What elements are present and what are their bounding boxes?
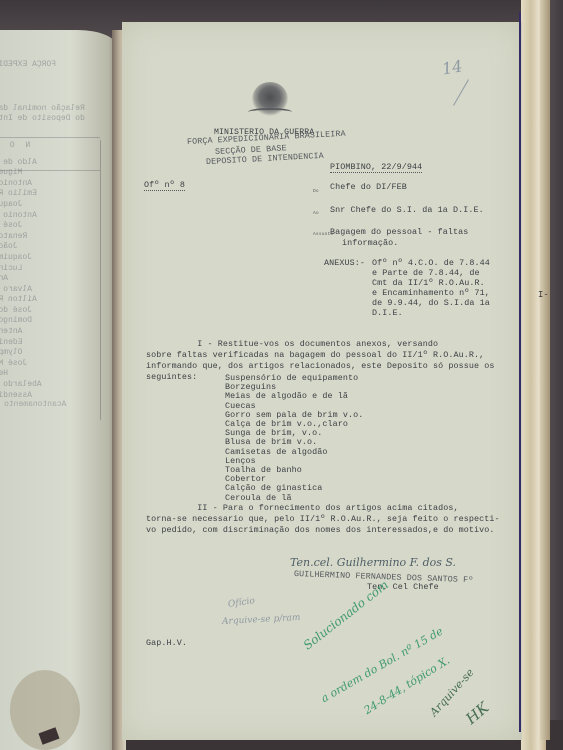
facing-name-entry: José dos Santos — [0, 306, 110, 317]
facing-name-entry: Aldo de Oliveira — [0, 158, 110, 169]
from-value: Chefe do DI/FEB — [330, 182, 407, 192]
annex-line: Cmt da II/1º R.O.Au.R. — [372, 278, 485, 288]
facing-name-entry: Ailton Rodrigues — [0, 295, 110, 306]
facing-name-entry: Joaquim Gomes — [0, 200, 110, 211]
facing-page-mirrored-text: FORÇA EXPEDICIONARIA C. I. CIA. DO Relaç… — [0, 60, 110, 401]
facing-subtitle-1: Relação nominal das praças — [0, 104, 110, 115]
annex-label: ANEXUS:- — [324, 258, 365, 268]
facing-name-entry: Olympio Nunes — [0, 348, 110, 359]
paragraph-line: I - Restitue-vos os documentos anexos, v… — [146, 339, 438, 349]
to-value: Snr Chefe do S.I. da 1a D.I.E. — [330, 205, 484, 215]
paragraph-line: informando que, dos artigos relacionados… — [146, 361, 495, 371]
facing-name-entry: Renato Barbosa — [0, 232, 110, 243]
binding-mark: I- — [538, 290, 549, 300]
facing-name-entry: Antonio Sá — [0, 274, 110, 285]
facing-name-entry: José Magalhães — [0, 359, 110, 370]
facing-name-entry: João Almeida — [0, 242, 110, 253]
facing-page: FORÇA EXPEDICIONARIA C. I. CIA. DO Relaç… — [0, 30, 118, 750]
handwritten-signature: Ten.cel. Guilhermino F. dos S. — [290, 556, 456, 569]
subject-line-1: Bagagem do pessoal - faltas — [330, 227, 468, 237]
paragraph-line: seguintes: — [146, 372, 197, 382]
from-label: Do — [313, 189, 319, 194]
divider — [0, 170, 100, 171]
paragraph-line: II - Para o fornecimento dos artigos aci… — [146, 503, 459, 513]
column-rule — [100, 140, 101, 420]
facing-name-entry: Alvaro da Silva — [0, 285, 110, 296]
paragraph-line: sobre faltas verificadas na bagagem do p… — [146, 350, 484, 360]
paragraph-line: vo pedido, com discriminação dos nomes d… — [146, 525, 495, 535]
facing-name-entry: Abelardo Ferreira — [0, 380, 110, 391]
facing-column-title: N O M E S — [0, 141, 110, 152]
divider — [0, 137, 100, 138]
document-reference: Ofº nº 8 — [144, 180, 185, 191]
facing-name-entry: Lucindo Gomes — [0, 264, 110, 275]
facing-name-entry: José da Silva — [0, 221, 110, 232]
subject-line-2: informação. — [342, 238, 398, 248]
facing-name-entry: Helio José — [0, 369, 110, 380]
emblem-ribbon — [248, 108, 292, 116]
facing-name-entry: Domingos Farias — [0, 316, 110, 327]
typist-initials: Gap.H.V. — [146, 638, 187, 648]
facing-name-list: Aldo de OliveiraMiguel AngeloAntonio Per… — [0, 158, 110, 402]
facing-name-entry: Edenil Borges — [0, 338, 110, 349]
annex-line: de 9.9.44, do S.I.da 1a — [372, 298, 490, 308]
place-date: PIOMBINO, 22/9/944 — [330, 162, 422, 173]
facing-footer: Acantonamento — [4, 400, 66, 409]
facing-name-entry: Antonio Ferreira — [0, 211, 110, 222]
facing-subtitle-2: do Deposito de Intendencia — [0, 114, 110, 125]
page-margin-rule — [519, 12, 521, 732]
facing-name-entry: Antonio Pereira — [0, 179, 110, 190]
facing-name-entry: Joaquim Pacheco — [0, 253, 110, 264]
facing-name-entry: Antenor Costa — [0, 327, 110, 338]
item-entry: Ceroula de lã — [225, 493, 292, 503]
page-stack-edge — [540, 0, 550, 740]
annex-line: Ofº nº 4.C.O. de 7.8.44 — [372, 258, 490, 268]
annex-line: e Encaminhamento nº 71, — [372, 288, 490, 298]
facing-header-3: CIA. DO — [0, 85, 110, 96]
to-label: Ao — [313, 211, 319, 216]
paragraph-line: torna-se necessario que, pelo II/1º R.O.… — [146, 514, 500, 524]
facing-header-1: FORÇA EXPEDICIONARIA — [0, 60, 110, 71]
facing-name-entry: Emilio Rodrigues — [0, 189, 110, 200]
annex-line: e Parte de 7.8.44, de — [372, 268, 480, 278]
facing-header-2: C. I. — [0, 73, 110, 84]
annex-line: D.I.E. — [372, 308, 403, 318]
